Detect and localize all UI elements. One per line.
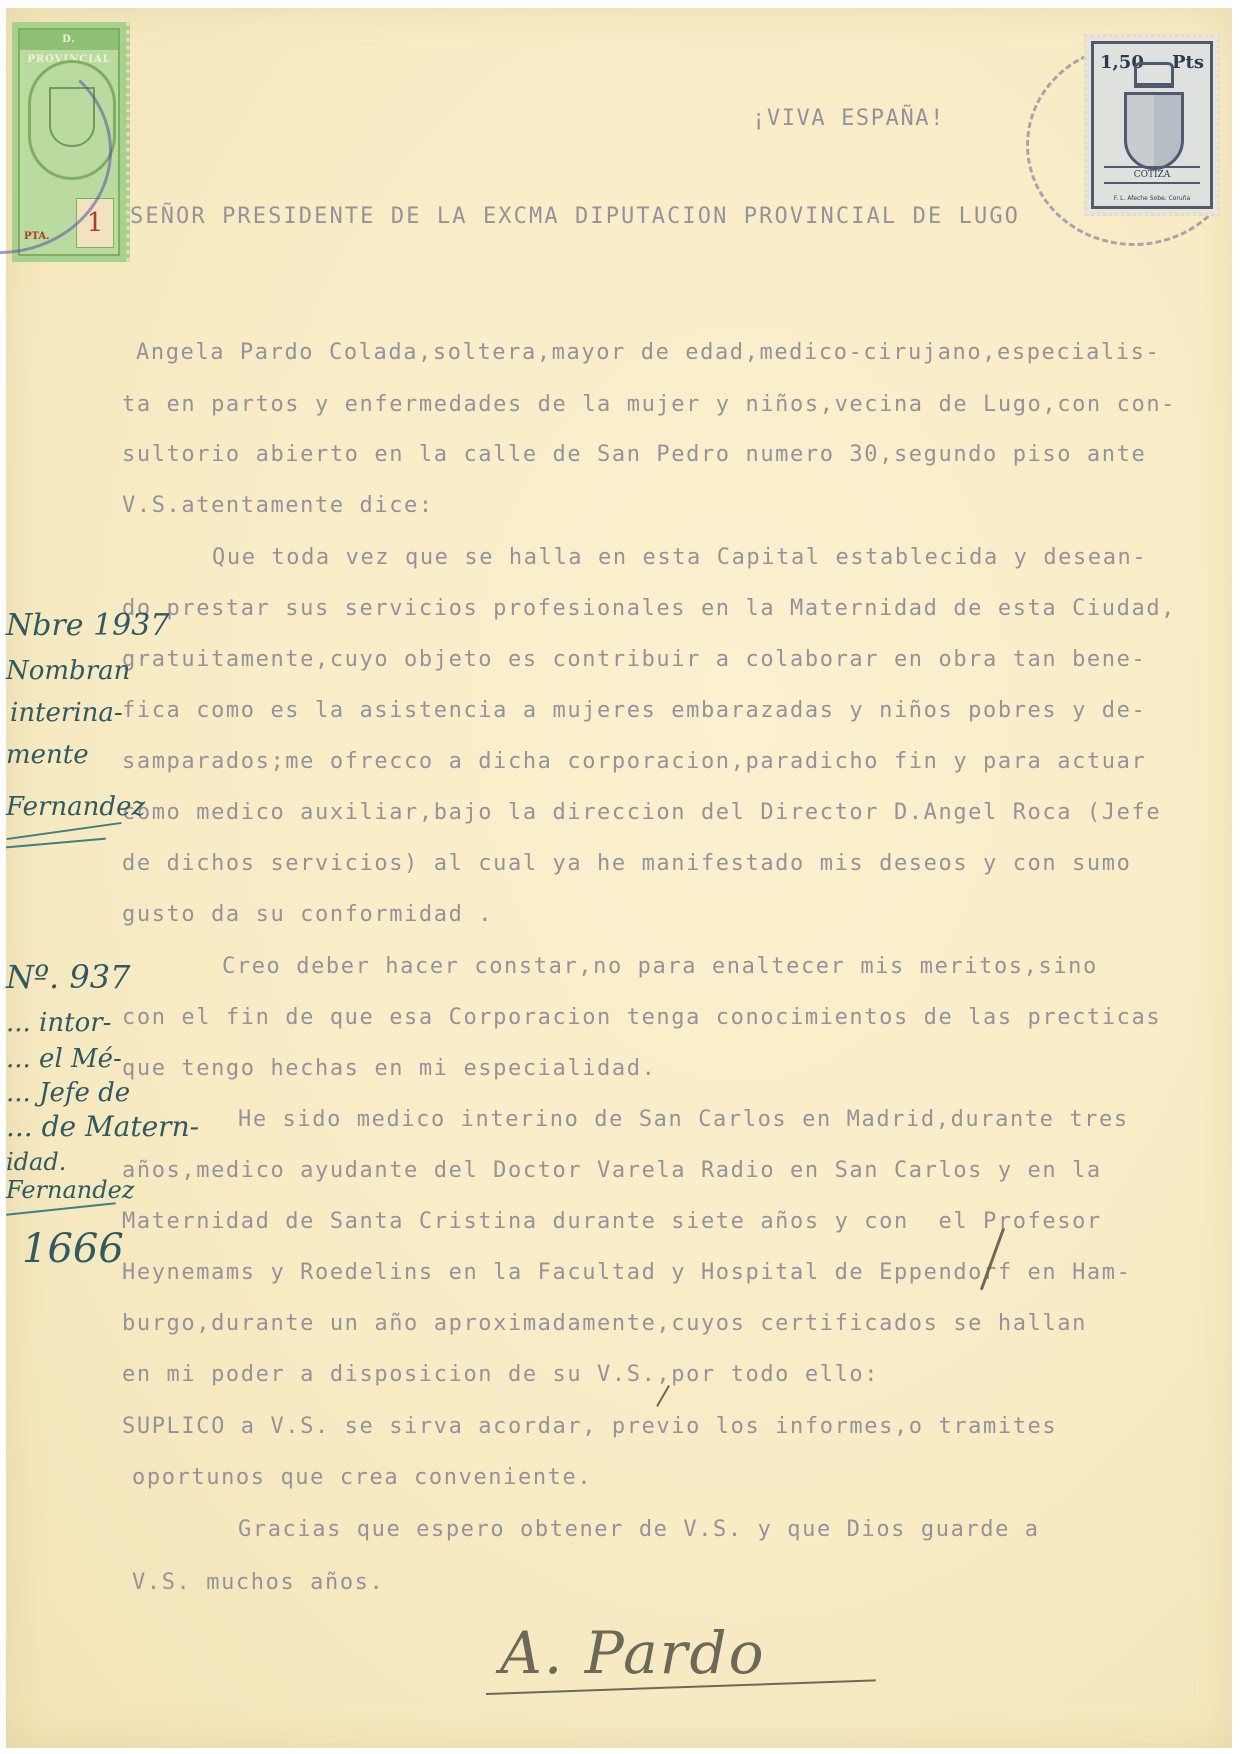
margin-note-line: ... intor- (6, 1008, 111, 1038)
margin-note-line: ... el Mé- (6, 1044, 122, 1074)
margin-note-line: Nbre 1937 (6, 608, 169, 643)
body-line: Gracias que espero obtener de V.S. y que… (238, 1517, 1040, 1542)
body-line: Creo deber hacer constar,no para enaltec… (222, 954, 1098, 979)
document-page: D. PROVINCIAL PTA. 1 1,50 Pts COTIZA F. … (6, 8, 1232, 1748)
pencil-correction-mark (656, 1385, 670, 1407)
stamp-band-text: D. PROVINCIAL (20, 30, 118, 50)
body-line: en mi poder a disposicion de su V.S.,por… (122, 1362, 879, 1387)
addressee: SEÑOR PRESIDENTE DE LA EXCMA DIPUTACION … (130, 204, 1020, 229)
body-line: oportunos que crea conveniente. (132, 1465, 592, 1490)
registry-number: 1666 (22, 1226, 124, 1272)
margin-note-line: mente (6, 740, 89, 770)
underline-flourish (6, 1202, 116, 1215)
margin-note-line: Nº. 937 (6, 958, 130, 996)
margin-note-line: ... Jefe de (6, 1078, 130, 1108)
body-line: que tengo hechas en mi especialidad. (122, 1056, 656, 1081)
body-line: SUPLICO a V.S. se sirva acordar, previo … (122, 1414, 1057, 1439)
margin-note-signature: Fernandez (6, 792, 145, 822)
stamp-printer: F. L. Afeche Sobe. Coruña (1100, 195, 1204, 202)
body-line: He sido medico interino de San Carlos en… (238, 1107, 1129, 1132)
body-line: fica como es la asistencia a mujeres emb… (122, 698, 1146, 723)
crown-icon (1134, 62, 1174, 88)
body-line: de dichos servicios) al cual ya he manif… (122, 851, 1131, 876)
body-line: gratuitamente,cuyo objeto es contribuir … (122, 647, 1146, 672)
body-line: Maternidad de Santa Cristina durante sie… (122, 1209, 1102, 1234)
body-line: samparados;me ofrecco a dicha corporacio… (122, 749, 1146, 774)
body-line: V.S. muchos años. (132, 1570, 384, 1595)
margin-note-line: ... de Matern- (6, 1110, 199, 1143)
body-line: do prestar sus servicios profesionales e… (122, 596, 1176, 621)
body-line: Que toda vez que se halla en esta Capita… (212, 545, 1147, 570)
body-line: sultorio abierto en la calle de San Pedr… (122, 442, 1146, 467)
underline-flourish (6, 838, 106, 849)
margin-note-line: interina- (10, 698, 123, 728)
motto: ¡VIVA ESPAÑA! (752, 106, 945, 131)
body-line: con el fin de que esa Corporacion tenga … (122, 1005, 1161, 1030)
body-line: ta en partos y enfermedades de la mujer … (122, 392, 1176, 417)
body-line: V.S.atentamente dice: (122, 493, 434, 518)
signature: A. Pardo (486, 1613, 846, 1703)
body-line: burgo,durante un año aproximadamente,cuy… (122, 1311, 1087, 1336)
body-line: gusto da su conformidad . (122, 902, 493, 927)
body-line: Heynemams y Roedelins en la Facultad y H… (122, 1260, 1131, 1285)
signature-text: A. Pardo (500, 1619, 766, 1687)
state-tax-stamp: 1,50 Pts COTIZA F. L. Afeche Sobe. Coruñ… (1084, 34, 1220, 216)
shield-icon (1124, 92, 1184, 170)
body-line: años,medico ayudante del Doctor Varela R… (122, 1158, 1102, 1183)
margin-note-signature: Fernandez (6, 1176, 134, 1204)
body-line: como medico auxiliar,bajo la direccion d… (122, 800, 1161, 825)
stamp-value-right: Pts (1172, 52, 1204, 73)
body-line: Angela Pardo Colada,soltera,mayor de eda… (136, 340, 1160, 365)
margin-note-line: Nombran (6, 656, 130, 686)
stamp-ribbon: COTIZA (1104, 166, 1200, 184)
margin-note-line: idad. (6, 1148, 66, 1176)
